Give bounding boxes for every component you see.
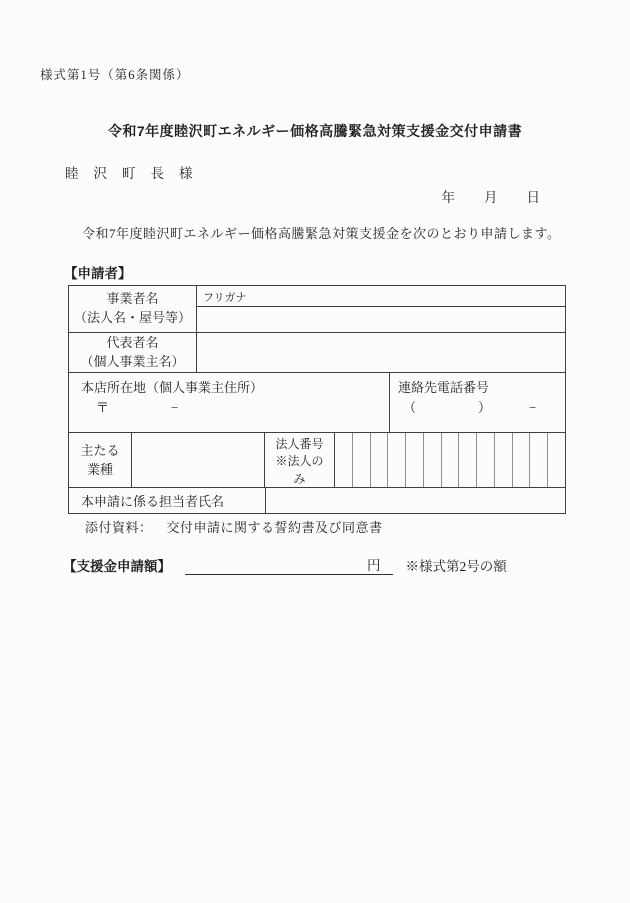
addressee-line: 睦沢町長様: [65, 162, 208, 182]
contact-person-row: 本申請に係る担当者氏名: [69, 488, 565, 513]
business-name-input-area: [197, 307, 565, 332]
attachment-label: 添付資料：: [85, 520, 153, 535]
address-phone-row: 本店所在地（個人事業主住所） 〒− 連絡先電話番号 （）−: [69, 373, 565, 433]
form-number: 様式第1号（第6条関係）: [40, 65, 190, 83]
corporate-number-digit-cell: [371, 433, 389, 487]
amount-line: 【支援金申請額】 円 ※様式第2号の額: [63, 554, 507, 575]
corporate-number-digit-cell: [548, 433, 565, 487]
corporate-number-digit-cell: [442, 433, 460, 487]
postal-dash: −: [171, 400, 178, 415]
corporate-number-digit-cell: [513, 433, 531, 487]
industry-input-area: [132, 433, 265, 487]
representative-row: 代表者名 （個人事業主名）: [69, 333, 565, 373]
representative-input-area: [197, 333, 565, 372]
corporate-number-label: 法人番号 ※法人の み: [265, 433, 335, 487]
phone-label: 連絡先電話番号: [398, 378, 565, 398]
corporate-number-digit-cell: [530, 433, 548, 487]
address-cell: 本店所在地（個人事業主住所） 〒−: [69, 373, 390, 432]
application-form-page: 様式第1号（第6条関係） 令和7年度睦沢町エネルギー価格高騰緊急対策支援金交付申…: [0, 0, 630, 903]
corporate-number-digit-cell: [388, 433, 406, 487]
corporate-number-digit-cell: [495, 433, 513, 487]
date-year-label: 年: [442, 190, 456, 205]
amount-fill-line: [185, 557, 363, 575]
amount-note: ※様式第2号の額: [406, 555, 507, 575]
date-day-label: 日: [527, 190, 541, 205]
phone-paren-open: （: [403, 400, 416, 415]
yen-unit-label: 円: [363, 554, 393, 575]
address-label: 本店所在地（個人事業主住所）: [81, 378, 389, 398]
phone-paren-close: ）: [478, 400, 491, 415]
postal-mark: 〒: [96, 400, 109, 415]
contact-person-input-area: [266, 488, 565, 513]
phone-cell: 連絡先電話番号 （）−: [390, 373, 565, 432]
date-month-label: 月: [484, 190, 498, 205]
intro-text: 令和7年度睦沢町エネルギー価格高騰緊急対策支援金を次のとおり申請します。: [82, 223, 560, 242]
industry-label: 主たる 業種: [69, 433, 132, 487]
document-title: 令和7年度睦沢町エネルギー価格高騰緊急対策支援金交付申請書: [0, 121, 630, 141]
furigana-label: フリガナ: [197, 286, 565, 307]
corporate-number-digit-cell: [459, 433, 477, 487]
postal-code-line: 〒−: [81, 398, 389, 418]
applicant-table: 事業者名 （法人名・屋号等） フリガナ 代表者名 （個人事業主名） 本店所在地（…: [68, 285, 566, 514]
amount-heading: 【支援金申請額】: [63, 555, 171, 575]
business-name-label: 事業者名 （法人名・屋号等）: [69, 286, 197, 332]
corporate-number-digit-cell: [406, 433, 424, 487]
attachment-note: 添付資料：交付申請に関する誓約書及び同意書: [85, 517, 383, 536]
applicant-heading: 【申請者】: [64, 262, 132, 282]
attachment-value: 交付申請に関する誓約書及び同意書: [167, 520, 383, 535]
date-line: 年月日: [0, 186, 630, 206]
corporate-number-digit-cell: [424, 433, 442, 487]
phone-number-line: （）−: [398, 398, 565, 418]
corporate-number-digit-cell: [477, 433, 495, 487]
representative-label: 代表者名 （個人事業主名）: [69, 333, 197, 372]
contact-person-label: 本申請に係る担当者氏名: [69, 488, 266, 513]
corporate-number-digit-cell: [353, 433, 371, 487]
business-name-row: 事業者名 （法人名・屋号等） フリガナ: [69, 286, 565, 333]
corporate-number-digit-cells: [335, 433, 565, 487]
phone-dash: −: [529, 400, 536, 415]
corporate-number-digit-cell: [335, 433, 353, 487]
industry-corporate-number-row: 主たる 業種 法人番号 ※法人の み: [69, 433, 565, 488]
